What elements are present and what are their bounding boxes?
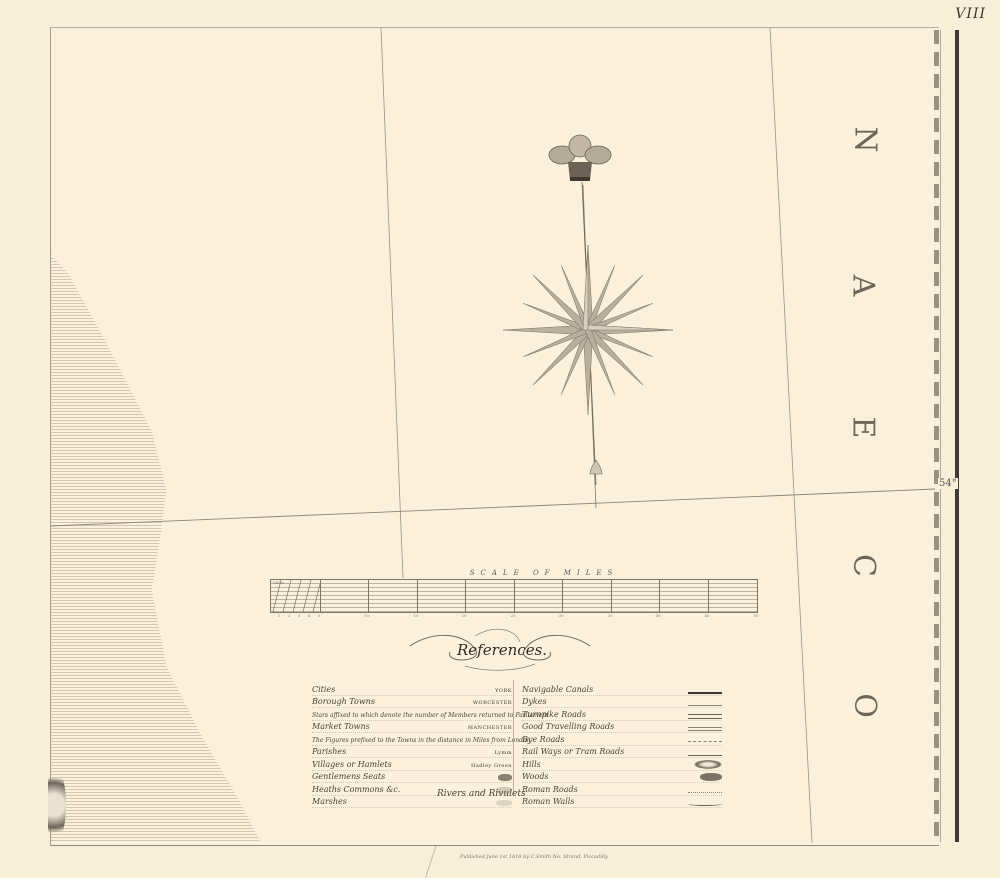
scale-tick: 20 [461, 613, 466, 618]
map-sheet: VIII 54° N A E C O [0, 0, 1000, 878]
scale-tick: 45 [704, 613, 709, 618]
reference-row: Roman Walls [522, 796, 722, 809]
scale-tick: 10 [364, 613, 369, 618]
scale-of-miles: SCALE OF MILES Miles 1 2 3 4 [270, 569, 758, 621]
scale-bar: Miles [270, 579, 758, 613]
scale-tick: 1 [278, 613, 281, 618]
ocean-letter: O [847, 693, 882, 718]
reference-row: Navigable Canals [522, 683, 722, 696]
references-cartouche: References. [405, 624, 595, 674]
scale-title: SCALE OF MILES [330, 569, 758, 577]
road-symbol-icon [688, 727, 722, 731]
marsh-symbol-icon [496, 800, 512, 806]
reference-row: Bye Roads [522, 733, 722, 746]
bye-road-symbol-icon [688, 741, 722, 744]
woods-symbol-icon [700, 773, 722, 781]
latitude-label: 54° [938, 478, 958, 489]
reference-row: Turnpike Roads [522, 708, 722, 721]
rivers-label: Rivers and Rivulets [437, 789, 526, 799]
ocean-letter: A [845, 275, 880, 297]
scale-tick: 15 [413, 613, 418, 618]
scale-tick: 30 [558, 613, 563, 618]
scale-tick: 25 [510, 613, 515, 618]
roman-road-symbol-icon [688, 792, 722, 794]
scale-ticks: 1 2 3 4 5 10 15 20 25 30 35 40 45 50 [270, 613, 758, 621]
reference-row: Borough TownsWORCESTER [312, 696, 512, 709]
reference-row: Gentlemens Seats [312, 771, 512, 784]
ocean-letter: C [846, 554, 881, 577]
compass-rose-icon [500, 130, 680, 490]
scale-tick: 3 [298, 613, 301, 618]
roman-wall-symbol-icon [688, 802, 722, 806]
canal-symbol-icon [688, 692, 722, 694]
references-right: Navigable Canals Dykes Turnpike Roads Go… [522, 683, 722, 808]
references-divider [513, 680, 514, 795]
ocean-letter: N [848, 126, 883, 152]
reference-row: Stars affixed to which denote the number… [312, 708, 512, 721]
ocean-letter: E [845, 417, 880, 439]
scale-tick: 5 [318, 613, 321, 618]
fleur-ornament-icon [590, 460, 602, 474]
scale-tick: 4 [308, 613, 311, 618]
reference-row: Market TownsMANCHESTER [312, 721, 512, 734]
hills-symbol-icon [694, 760, 722, 769]
reference-row: Rail Ways or Tram Roads [522, 746, 722, 759]
reference-row: Hills [522, 758, 722, 771]
reference-row: Villages or HamletsHadley Green [312, 758, 512, 771]
reference-row: Good Travelling Roads [522, 721, 722, 734]
scale-tick: 35 [607, 613, 612, 618]
scale-tick: 2 [288, 613, 291, 618]
island-coastline [48, 770, 66, 840]
reference-row: CitiesYORK [312, 683, 512, 696]
publication-line: Published June 1st 1818 by C.Smith No. S… [460, 854, 608, 860]
dyke-symbol-icon [688, 705, 722, 706]
references-title: References. [457, 641, 547, 659]
seat-symbol-icon [498, 774, 512, 781]
reference-row: Roman Roads [522, 783, 722, 796]
reference-row: Dykes [522, 696, 722, 709]
turnpike-symbol-icon [688, 714, 722, 719]
reference-row: ParishesLymm [312, 746, 512, 759]
reference-row: The Figures prefixed to the Towns in the… [312, 733, 512, 746]
scale-tick: 50 [753, 613, 758, 618]
railway-symbol-icon [688, 755, 722, 756]
feathers-ornament-icon [549, 135, 611, 181]
reference-row: Woods [522, 771, 722, 784]
diagonal-scale [271, 580, 321, 612]
scale-tick: 40 [655, 613, 660, 618]
